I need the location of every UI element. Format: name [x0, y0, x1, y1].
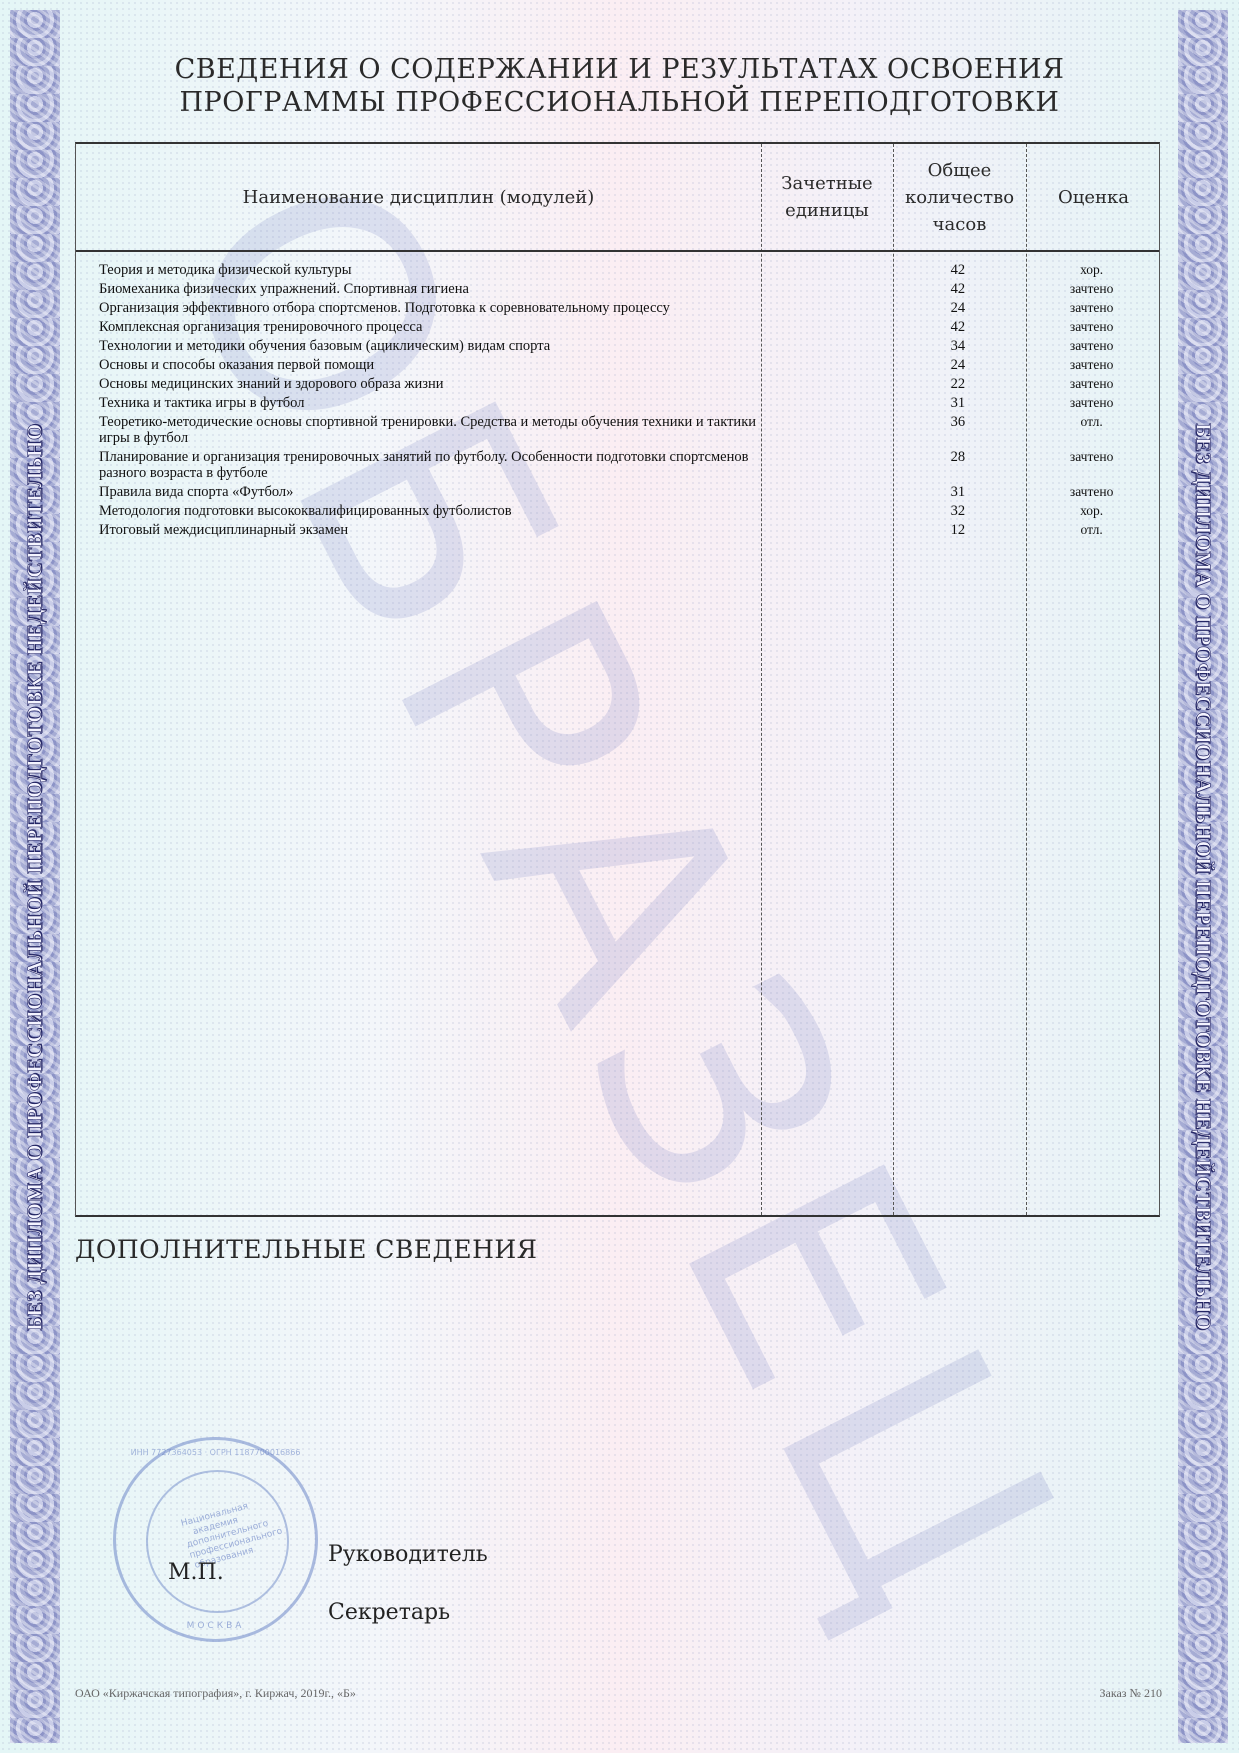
- discipline-name: Методология подготовки высококвалифициро…: [76, 503, 760, 519]
- total-hours: 42: [892, 281, 1025, 297]
- credit-units: [760, 262, 892, 278]
- title-line-1: СВЕДЕНИЯ О СОДЕРЖАНИИ И РЕЗУЛЬТАТАХ ОСВО…: [0, 53, 1239, 86]
- total-hours: 42: [892, 319, 1025, 335]
- table-row: Планирование и организация тренировочных…: [76, 449, 1159, 481]
- discipline-name: Правила вида спорта «Футбол»: [76, 484, 760, 500]
- table-row: Технологии и методики обучения базовым (…: [76, 338, 1159, 354]
- header-credit-units: Зачетныеединицы: [761, 144, 893, 250]
- discipline-name: Технологии и методики обучения базовым (…: [76, 338, 760, 354]
- grade: отл.: [1024, 522, 1159, 538]
- grade: зачтено: [1024, 357, 1159, 373]
- discipline-name: Планирование и организация тренировочных…: [76, 449, 760, 481]
- table-row: Основы и способы оказания первой помощи2…: [76, 357, 1159, 373]
- total-hours: 31: [892, 484, 1025, 500]
- table-row: Основы медицинских знаний и здорового об…: [76, 376, 1159, 392]
- grade: зачтено: [1024, 449, 1159, 481]
- additional-info-heading: ДОПОЛНИТЕЛЬНЫЕ СВЕДЕНИЯ: [75, 1235, 537, 1264]
- grade: зачтено: [1024, 484, 1159, 500]
- discipline-name: Основы медицинских знаний и здорового об…: [76, 376, 760, 392]
- discipline-name: Техника и тактика игры в футбол: [76, 395, 760, 411]
- credit-units: [760, 522, 892, 538]
- grade: зачтено: [1024, 376, 1159, 392]
- table-row: Теория и методика физической культуры42х…: [76, 262, 1159, 278]
- credit-units: [760, 449, 892, 481]
- discipline-name: Организация эффективного отбора спортсме…: [76, 300, 760, 316]
- credit-units: [760, 484, 892, 500]
- grade: зачтено: [1024, 319, 1159, 335]
- total-hours: 24: [892, 357, 1025, 373]
- official-seal: ИНН 7727364053 · ОГРН 1187700016866 Наци…: [113, 1437, 318, 1642]
- grade: хор.: [1024, 262, 1159, 278]
- discipline-name: Комплексная организация тренировочного п…: [76, 319, 760, 335]
- printer-info: ОАО «Киржачская типография», г. Киржач, …: [75, 1686, 356, 1701]
- total-hours: 24: [892, 300, 1025, 316]
- discipline-name: Биомеханика физических упражнений. Спорт…: [76, 281, 760, 297]
- discipline-name: Основы и способы оказания первой помощи: [76, 357, 760, 373]
- credit-units: [760, 281, 892, 297]
- header-divider: [76, 250, 1159, 252]
- disciplines-table: Наименование дисциплин (модулей) Зачетны…: [75, 142, 1160, 1217]
- header-total-hours: Общееколичествочасов: [893, 144, 1026, 250]
- head-signature-label: Руководитель: [328, 1542, 488, 1567]
- right-border-text: БЕЗ ДИПЛОМА О ПРОФЕССИОНАЛЬНОЙ ПЕРЕПОДГО…: [1191, 423, 1216, 1330]
- seal-inner-ring: Национальная академия дополнительного пр…: [146, 1470, 289, 1613]
- table-row: Итоговый междисциплинарный экзамен12отл.: [76, 522, 1159, 538]
- credit-units: [760, 357, 892, 373]
- seal-place-label: М.П.: [168, 1560, 224, 1585]
- total-hours: 28: [892, 449, 1025, 481]
- discipline-name: Теоретико-методические основы спортивной…: [76, 414, 760, 446]
- grade: зачтено: [1024, 395, 1159, 411]
- grade: зачтено: [1024, 281, 1159, 297]
- total-hours: 31: [892, 395, 1025, 411]
- secretary-signature-label: Секретарь: [328, 1600, 450, 1625]
- header-discipline-name: Наименование дисциплин (модулей): [76, 144, 761, 250]
- table-row: Биомеханика физических упражнений. Спорт…: [76, 281, 1159, 297]
- credit-units: [760, 395, 892, 411]
- table-row: Организация эффективного отбора спортсме…: [76, 300, 1159, 316]
- grade: зачтено: [1024, 338, 1159, 354]
- table-row: Техника и тактика игры в футбол31зачтено: [76, 395, 1159, 411]
- grade: зачтено: [1024, 300, 1159, 316]
- table-row: Теоретико-методические основы спортивной…: [76, 414, 1159, 446]
- table-row: Правила вида спорта «Футбол»31зачтено: [76, 484, 1159, 500]
- total-hours: 32: [892, 503, 1025, 519]
- discipline-name: Итоговый междисциплинарный экзамен: [76, 522, 760, 538]
- credit-units: [760, 414, 892, 446]
- table-row: Методология подготовки высококвалифициро…: [76, 503, 1159, 519]
- credit-units: [760, 503, 892, 519]
- total-hours: 22: [892, 376, 1025, 392]
- left-border-text: БЕЗ ДИПЛОМА О ПРОФЕССИОНАЛЬНОЙ ПЕРЕПОДГО…: [23, 423, 48, 1330]
- credit-units: [760, 300, 892, 316]
- grade: отл.: [1024, 414, 1159, 446]
- table-row: Комплексная организация тренировочного п…: [76, 319, 1159, 335]
- credit-units: [760, 338, 892, 354]
- seal-city: МОСКВА: [116, 1621, 315, 1631]
- table-body: Теория и методика физической культуры42х…: [76, 262, 1159, 541]
- total-hours: 42: [892, 262, 1025, 278]
- total-hours: 36: [892, 414, 1025, 446]
- total-hours: 12: [892, 522, 1025, 538]
- title-line-2: ПРОГРАММЫ ПРОФЕССИОНАЛЬНОЙ ПЕРЕПОДГОТОВК…: [0, 86, 1239, 119]
- left-guilloche-border: БЕЗ ДИПЛОМА О ПРОФЕССИОНАЛЬНОЙ ПЕРЕПОДГО…: [10, 10, 60, 1743]
- right-guilloche-border: БЕЗ ДИПЛОМА О ПРОФЕССИОНАЛЬНОЙ ПЕРЕПОДГО…: [1178, 10, 1228, 1743]
- discipline-name: Теория и методика физической культуры: [76, 262, 760, 278]
- grade: хор.: [1024, 503, 1159, 519]
- credit-units: [760, 319, 892, 335]
- header-grade: Оценка: [1026, 144, 1161, 250]
- order-number: Заказ № 210: [1099, 1686, 1162, 1701]
- seal-ring-text: ИНН 7727364053 · ОГРН 1187700016866: [116, 1448, 315, 1457]
- page-title: СВЕДЕНИЯ О СОДЕРЖАНИИ И РЕЗУЛЬТАТАХ ОСВО…: [0, 53, 1239, 119]
- total-hours: 34: [892, 338, 1025, 354]
- credit-units: [760, 376, 892, 392]
